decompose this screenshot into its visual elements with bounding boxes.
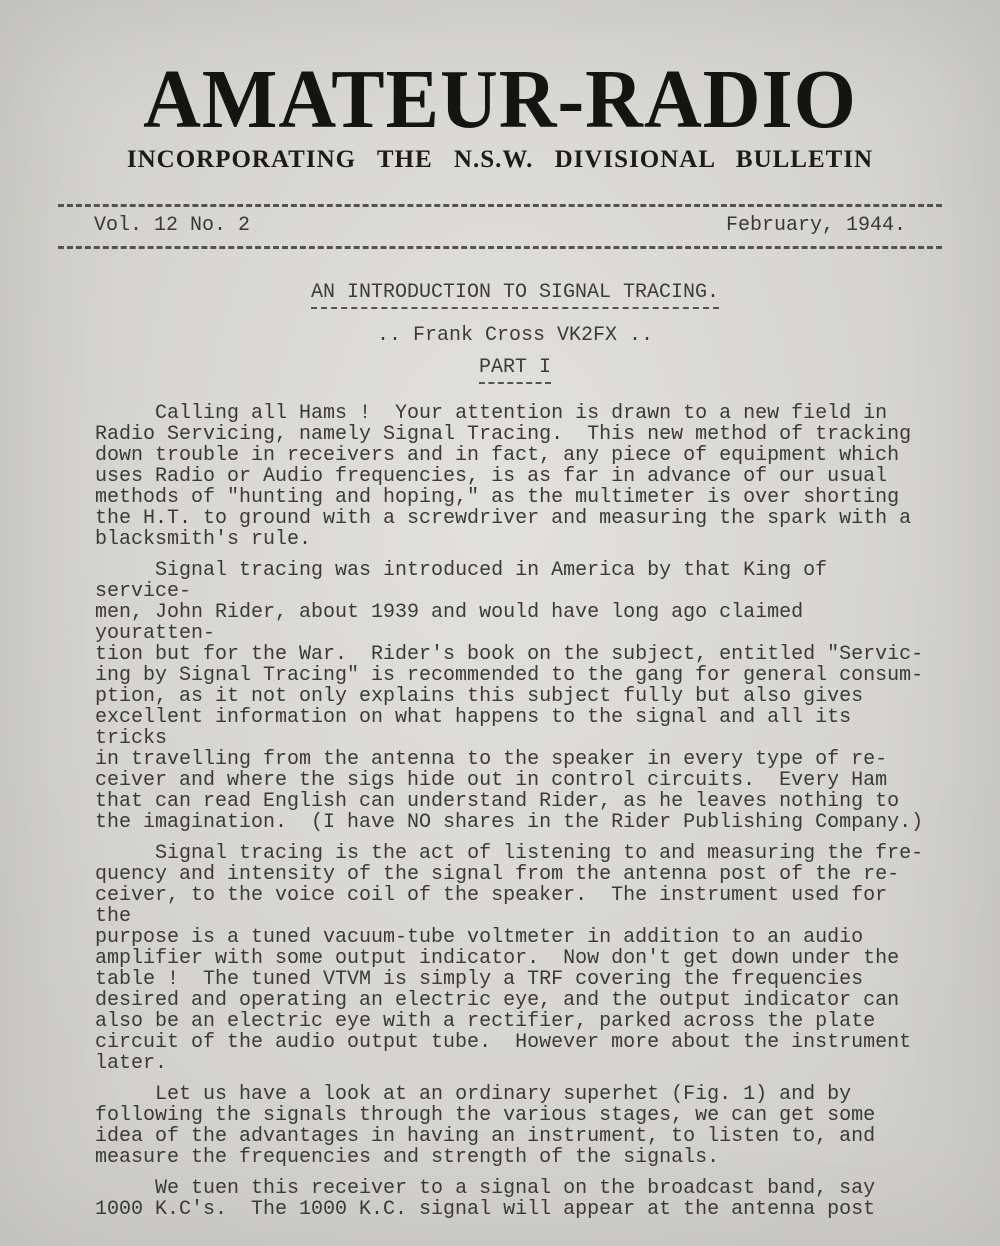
article-body: AN INTRODUCTION TO SIGNAL TRACING. .. Fr… xyxy=(95,281,935,1220)
paragraph-2: Signal tracing was introduced in America… xyxy=(95,560,935,833)
paragraph-1: Calling all Hams ! Your attention is dra… xyxy=(95,403,935,550)
paragraph-5: We tuen this receiver to a signal on the… xyxy=(95,1178,935,1220)
publication-subtitle: INCORPORATING THE N.S.W. DIVISIONAL BULL… xyxy=(0,146,1000,174)
volume-number: Vol. 12 No. 2 xyxy=(94,214,250,237)
issue-date: February, 1944. xyxy=(726,214,906,237)
masthead: AMATEUR-RADIO INCORPORATING THE N.S.W. D… xyxy=(0,0,1000,174)
paragraph-3: Signal tracing is the act of listening t… xyxy=(95,843,935,1074)
issue-bar: Vol. 12 No. 2 February, 1944. xyxy=(58,204,942,249)
publication-title: AMATEUR-RADIO xyxy=(0,58,1000,141)
paragraphs: Calling all Hams ! Your attention is dra… xyxy=(95,403,935,1220)
article-heading: AN INTRODUCTION TO SIGNAL TRACING. xyxy=(311,281,719,309)
article-part-label: PART I xyxy=(479,356,551,384)
article-part-row: PART I xyxy=(95,356,935,384)
paragraph-4: Let us have a look at an ordinary superh… xyxy=(95,1084,935,1168)
scanned-bulletin-page: AMATEUR-RADIO INCORPORATING THE N.S.W. D… xyxy=(0,0,1000,1246)
article-byline: .. Frank Cross VK2FX .. xyxy=(95,324,935,347)
article-heading-row: AN INTRODUCTION TO SIGNAL TRACING. xyxy=(95,281,935,309)
